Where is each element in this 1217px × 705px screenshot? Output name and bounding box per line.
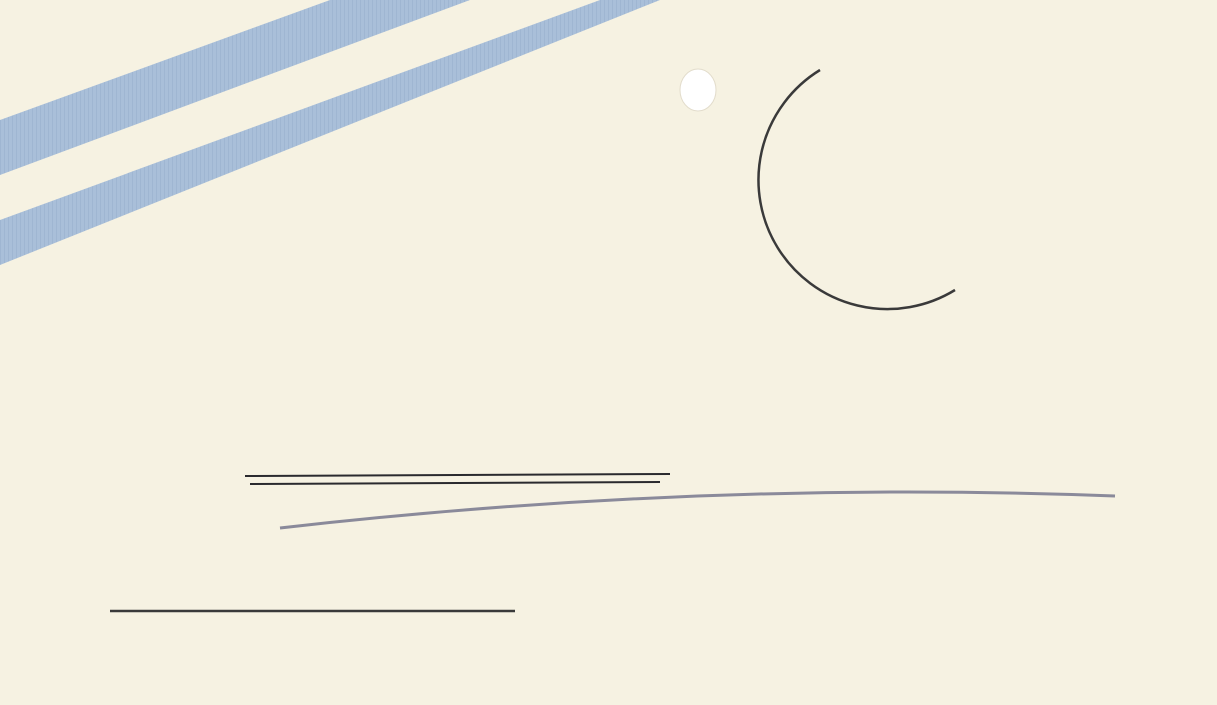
postmark-stamp (758, 70, 955, 309)
punch-hole (680, 69, 716, 111)
envelope-artwork (0, 0, 1217, 705)
via-aerea-band (0, 0, 660, 265)
recipient-address (110, 474, 1115, 611)
airmail-envelope (0, 0, 1217, 705)
